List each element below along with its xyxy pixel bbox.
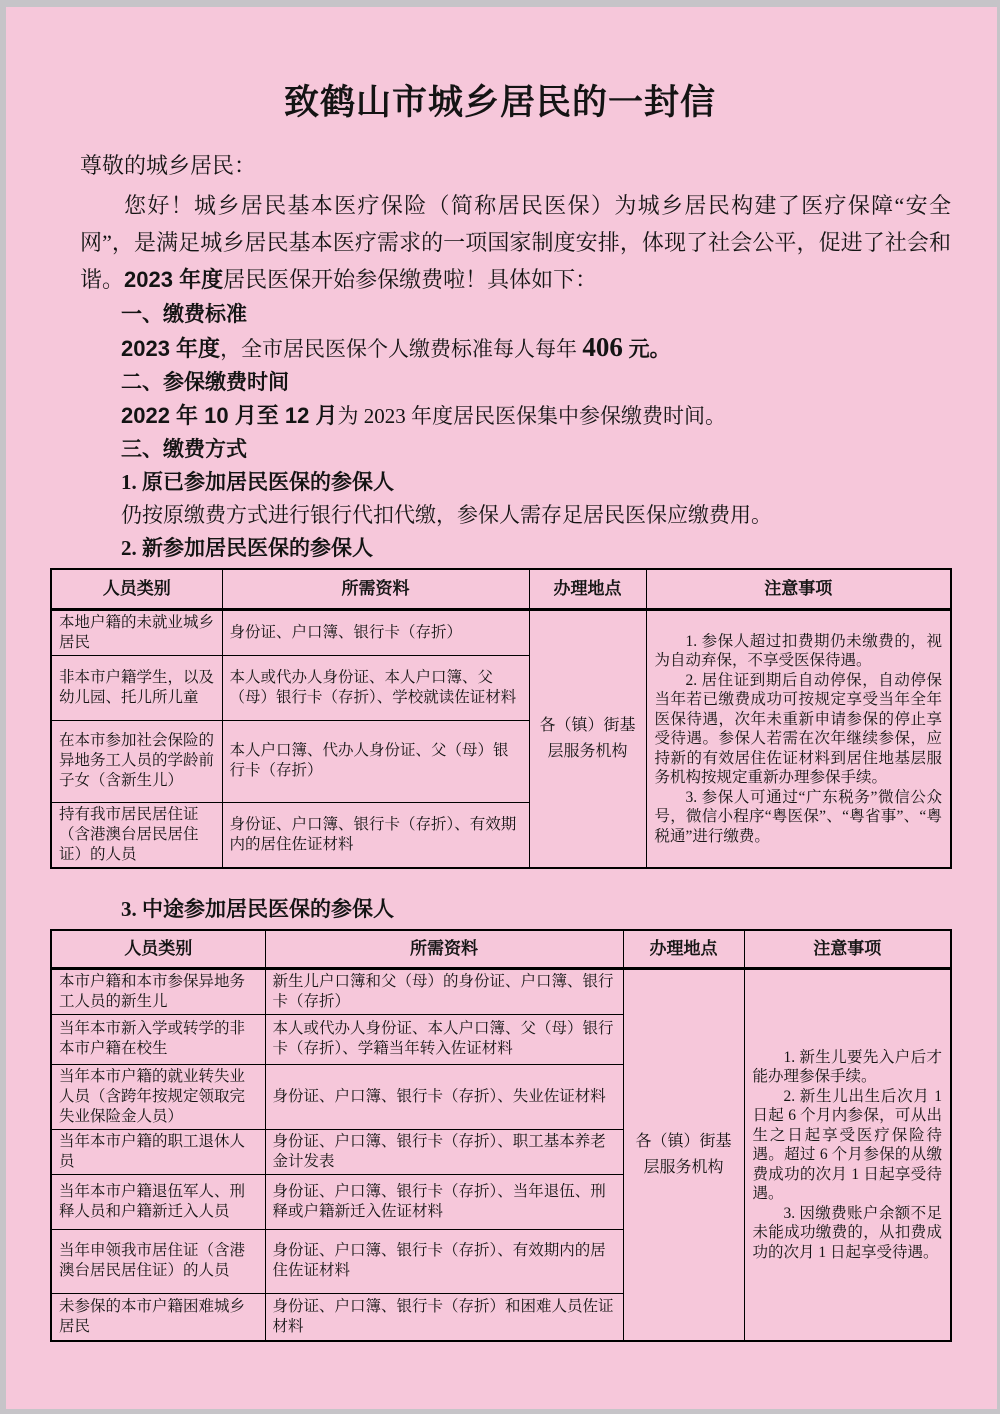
payment-amount: 406 xyxy=(582,332,623,362)
intro-year-highlight: 2023 年度 xyxy=(124,267,223,292)
materials-cell: 新生儿户口簿和父（母）的身份证、户口簿、银行卡（存折） xyxy=(265,968,623,1014)
letter-page: 致鹤山市城乡居民的一封信 尊敬的城乡居民： 您好！城乡居民基本医疗保险（简称居民… xyxy=(6,7,997,1409)
section2-heading: 二、参保缴费时间 xyxy=(121,366,951,399)
letter-content: 致鹤山市城乡居民的一封信 尊敬的城乡居民： 您好！城乡居民基本医疗保险（简称居民… xyxy=(6,7,997,1342)
table1-col-location: 办理地点 xyxy=(529,569,646,609)
table2-col-notes: 注意事项 xyxy=(744,930,951,968)
person-type-cell: 非本市户籍学生，以及幼儿园、托儿所儿童 xyxy=(51,655,222,720)
materials-cell: 身份证、户口簿、银行卡（存折）、失业佐证材料 xyxy=(265,1064,623,1129)
note-item: 3. 因缴费账户余额不足未能成功缴费的，从扣费成功的次月 1 日起享受待遇。 xyxy=(753,1204,943,1263)
person-type-cell: 当年本市户籍退伍军人、刑释人员和户籍新迁入人员 xyxy=(51,1174,265,1229)
materials-cell: 身份证、户口簿、银行卡（存折）、当年退伍、刑释或户籍新迁入佐证材料 xyxy=(265,1174,623,1229)
table2-col-materials: 所需资料 xyxy=(265,930,623,968)
section1-text: ，全市居民医保个人缴费标准每人每年 xyxy=(220,337,582,361)
note-item: 1. 新生儿要先入户后才能办理参保手续。 xyxy=(753,1048,943,1087)
intro-paragraph: 您好！城乡居民基本医疗保险（简称居民医保）为城乡居民构建了医疗保障“安全网”，是… xyxy=(80,187,951,298)
note-item: 2. 居住证到期后自动停保，自动停保当年若已缴费成功可按规定享受当年全年医保待遇… xyxy=(655,671,943,788)
table-midyear-participants: 人员类别 所需资料 办理地点 注意事项 本市户籍和本市参保异地务工人员的新生儿 … xyxy=(50,929,952,1342)
materials-cell: 身份证、户口簿、银行卡（存折） xyxy=(222,609,529,655)
note-item: 1. 参保人超过扣费期仍未缴费的，视为自动弃保，不享受医保待遇。 xyxy=(655,632,943,671)
page-title: 致鹤山市城乡居民的一封信 xyxy=(49,7,951,127)
person-type-cell: 当年本市户籍的就业转失业人员（含跨年按规定领取完失业保险金人员） xyxy=(51,1064,265,1129)
section1-year: 2023 年度 xyxy=(121,336,220,361)
location-cell: 各（镇）街基层服务机构 xyxy=(623,968,744,1341)
person-type-cell: 本地户籍的未就业城乡居民 xyxy=(51,609,222,655)
table-row: 本市户籍和本市参保异地务工人员的新生儿 新生儿户口簿和父（母）的身份证、户口簿、… xyxy=(51,968,951,1014)
materials-cell: 身份证、户口簿、银行卡（存折）、职工基本养老金计发表 xyxy=(265,1129,623,1174)
table2-header-row: 人员类别 所需资料 办理地点 注意事项 xyxy=(51,930,951,968)
section3-heading: 三、缴费方式 xyxy=(121,433,951,466)
table-row: 本地户籍的未就业城乡居民 身份证、户口簿、银行卡（存折） 各（镇）街基层服务机构… xyxy=(51,609,951,655)
section2-period: 2022 年 10 月至 12 月 xyxy=(121,403,337,428)
materials-cell: 本人或代办人身份证、本人户口簿、父（母）银行卡（存折）、学籍当年转入佐证材料 xyxy=(265,1014,623,1064)
location-cell: 各（镇）街基层服务机构 xyxy=(529,609,646,868)
section2-line: 2022 年 10 月至 12 月为 2023 年度居民医保集中参保缴费时间。 xyxy=(121,399,951,433)
materials-cell: 身份证、户口簿、银行卡（存折）、有效期内的居住佐证材料 xyxy=(265,1229,623,1293)
table1-col-notes: 注意事项 xyxy=(646,569,951,609)
notes-cell: 1. 参保人超过扣费期仍未缴费的，视为自动弃保，不享受医保待遇。 2. 居住证到… xyxy=(646,609,951,868)
person-type-cell: 在本市参加社会保险的异地务工人员的学龄前子女（含新生儿） xyxy=(51,720,222,802)
section3-item3-heading: 3. 中途参加居民医保的参保人 xyxy=(121,893,951,926)
person-type-cell: 当年本市新入学或转学的非本市户籍在校生 xyxy=(51,1014,265,1064)
materials-cell: 本人或代办人身份证、本人户口簿、父（母）银行卡（存折）、学校就读佐证材料 xyxy=(222,655,529,720)
salutation: 尊敬的城乡居民： xyxy=(80,151,951,181)
table1-col-person-type: 人员类别 xyxy=(51,569,222,609)
table1-header-row: 人员类别 所需资料 办理地点 注意事项 xyxy=(51,569,951,609)
section1-line: 2023 年度，全市居民医保个人缴费标准每人每年 406 元。 xyxy=(121,331,951,366)
materials-cell: 本人户口簿、代办人身份证、父（母）银行卡（存折） xyxy=(222,720,529,802)
section3-item2-heading: 2. 新参加居民医保的参保人 xyxy=(121,532,951,565)
section3-item1-heading: 1. 原已参加居民医保的参保人 xyxy=(121,466,951,499)
table1-col-materials: 所需资料 xyxy=(222,569,529,609)
table2-col-person-type: 人员类别 xyxy=(51,930,265,968)
section2-text: 为 2023 年度居民医保集中参保缴费时间。 xyxy=(337,404,726,428)
table2-col-location: 办理地点 xyxy=(623,930,744,968)
note-item: 3. 参保人可通过“广东税务”微信公众号，微信小程序“粤医保”、“粤省事”、“粤… xyxy=(655,788,943,847)
table-new-participants: 人员类别 所需资料 办理地点 注意事项 本地户籍的未就业城乡居民 身份证、户口簿… xyxy=(50,568,952,869)
person-type-cell: 持有我市居民居住证（含港澳台居民居住证）的人员 xyxy=(51,802,222,868)
person-type-cell: 未参保的本市户籍困难城乡居民 xyxy=(51,1293,265,1341)
person-type-cell: 本市户籍和本市参保异地务工人员的新生儿 xyxy=(51,968,265,1014)
intro-text-post: 居民医保开始参保缴费啦！具体如下： xyxy=(223,267,597,292)
materials-cell: 身份证、户口簿、银行卡（存折）、有效期内的居住佐证材料 xyxy=(222,802,529,868)
payment-unit: 元。 xyxy=(623,338,671,361)
note-item: 2. 新生儿出生后次月 1 日起 6 个月内参保，可从出生之日起享受医疗保险待遇… xyxy=(753,1087,943,1204)
person-type-cell: 当年本市户籍的职工退休人员 xyxy=(51,1129,265,1174)
section1-heading: 一、缴费标准 xyxy=(121,298,951,331)
person-type-cell: 当年申领我市居住证（含港澳台居民居住证）的人员 xyxy=(51,1229,265,1293)
section3-item1-text: 仍按原缴费方式进行银行代扣代缴，参保人需存足居民医保应缴费用。 xyxy=(121,499,951,532)
materials-cell: 身份证、户口簿、银行卡（存折）和困难人员佐证材料 xyxy=(265,1293,623,1341)
notes-cell: 1. 新生儿要先入户后才能办理参保手续。 2. 新生儿出生后次月 1 日起 6 … xyxy=(744,968,951,1341)
